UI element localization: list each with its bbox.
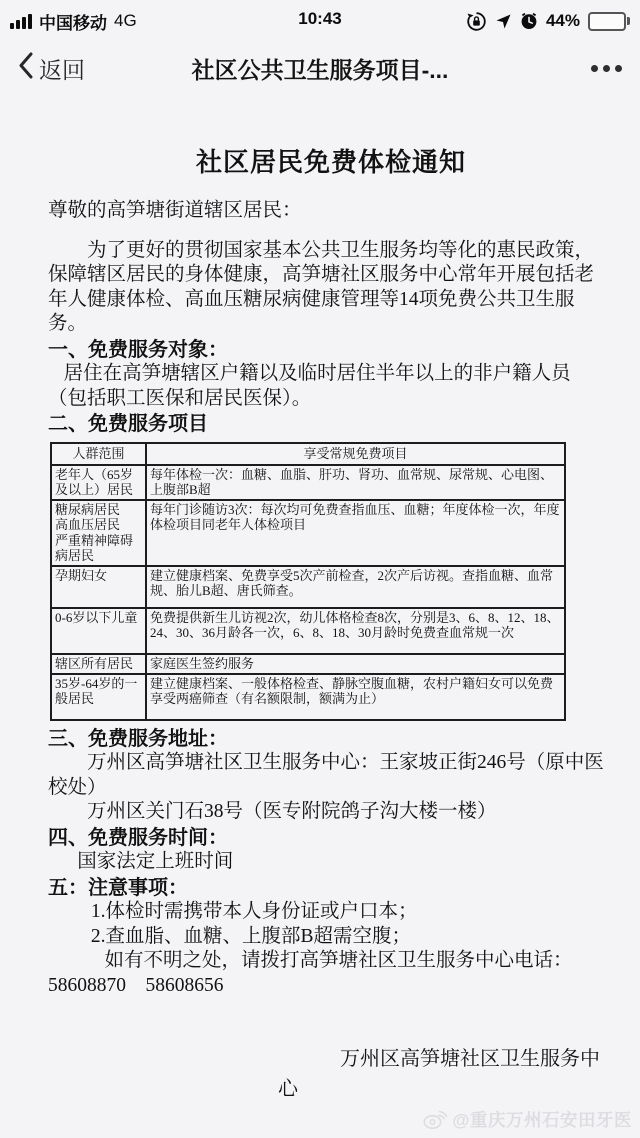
location-arrow-icon [495,13,512,30]
status-bar: 中国移动 4G 10:43 [0,0,640,36]
page-title: 社区公共卫生服务项目-... [0,52,640,85]
signature: 万州区高笋塘社区卫生服务中 心 [278,1044,614,1104]
address-line-2: 万州区关门石38号（医专附院鸽子沟大楼一楼） [48,800,614,825]
header-group: 人群范围 [51,443,146,465]
battery-percent-label: 44% [546,11,580,31]
header-items: 享受常规免费项目 [146,443,565,465]
items-cell: 家庭医生签约服务 [146,654,565,674]
table-row: 35岁-64岁的一般居民 建立健康档案、一般体格检查、静脉空腹血糖，农村户籍妇女… [51,674,565,720]
alarm-clock-icon [520,12,538,30]
orientation-lock-icon [466,11,487,32]
salutation: 尊敬的高笋塘街道辖区居民： [48,199,614,224]
table-row: 孕期妇女 建立健康档案、免费享受5次产前检查，2次产后访视。查指血糖、血常规、胎… [51,566,565,608]
phone-numbers: 58608870 58608656 [48,974,614,999]
section-4-body: 国家法定上班时间 [48,850,614,875]
signal-bars-icon [10,14,32,29]
table-row: 糖尿病居民 高血压居民 严重精神障碍病居民 每年门诊随访3次：每次均可免费查指血… [51,500,565,566]
notice-item-1: 1.体检时需携带本人身份证或户口本； [48,900,614,925]
chevron-left-icon [18,52,33,85]
table-row: 辖区所有居民 家庭医生签约服务 [51,654,565,674]
group-cell: 糖尿病居民 高血压居民 严重精神障碍病居民 [51,500,146,566]
group-cell: 辖区所有居民 [51,654,146,674]
table-row: 0-6岁以下儿童 免费提供新生儿访视2次，幼儿体格检查8次，分别是3、6、8、1… [51,608,565,654]
contact-note: 如有不明之处，请拨打高笋塘社区卫生服务中心电话： [48,949,614,974]
table-row: 老年人（65岁及以上）居民 每年体检一次：血糖、血脂、肝功、肾功、血常规、尿常规… [51,465,565,500]
network-label: 4G [114,11,137,31]
intro-paragraph: 为了更好的贯彻国家基本公共卫生服务均等化的惠民政策， 保障辖区居民的身体健康，高… [48,239,614,337]
group-cell: 孕期妇女 [51,566,146,608]
phone-screen: 中国移动 4G 10:43 [0,0,640,1138]
watermark: @重庆万州石安田牙医 [423,1107,632,1132]
section-5-heading: 五：注意事项： [48,876,614,901]
group-cell: 0-6岁以下儿童 [51,608,146,654]
document-title: 社区居民免费体检通知 [48,148,614,178]
nav-bar: 返回 社区公共卫生服务项目-... [0,36,640,100]
table-header-row: 人群范围 享受常规免费项目 [51,443,565,465]
address-line-1: 万州区高笋塘社区卫生服务中心：王家坡正街246号（原中医 校处） [48,751,614,800]
items-cell: 免费提供新生儿访视2次，幼儿体格检查8次，分别是3、6、8、12、18、24、3… [146,608,565,654]
notice-item-2: 2.查血脂、血糖、上腹部B超需空腹； [48,925,614,950]
watermark-handle: @重庆万州石安田牙医 [452,1107,632,1132]
items-cell: 每年门诊随访3次：每次均可免费查指血压、血糖；年度体检一次，年度体检项目同老年人… [146,500,565,566]
free-services-table: 人群范围 享受常规免费项目 老年人（65岁及以上）居民 每年体检一次：血糖、血脂… [50,442,566,721]
back-button[interactable]: 返回 [18,52,85,85]
items-cell: 建立健康档案、免费享受5次产前检查，2次产后访视。查指血糖、血常规、胎儿B超、唐… [146,566,565,608]
carrier-label: 中国移动 [39,9,107,34]
section-4-heading: 四、免费服务时间： [48,826,614,851]
items-cell: 每年体检一次：血糖、血脂、肝功、肾功、血常规、尿常规、心电图、上腹部B超 [146,465,565,500]
more-button[interactable] [591,57,622,80]
battery-icon [588,12,630,31]
group-cell: 老年人（65岁及以上）居民 [51,465,146,500]
group-cell: 35岁-64岁的一般居民 [51,674,146,720]
section-3-heading: 三、免费服务地址： [48,727,614,752]
section-2-heading: 二、免费服务项目 [48,412,614,437]
section-1-heading: 一、免费服务对象： [48,338,614,363]
section-1-body: 居住在高笋塘辖区户籍以及临时居住半年以上的非户籍人员 （包括职工医保和居民医保）… [48,362,614,411]
items-cell: 建立健康档案、一般体格检查、静脉空腹血糖，农村户籍妇女可以免费享受两癌筛查（有名… [146,674,565,720]
weibo-icon [423,1109,447,1130]
document-page: 社区居民免费体检通知 尊敬的高笋塘街道辖区居民： 为了更好的贯彻国家基本公共卫生… [0,100,640,1104]
back-label: 返回 [39,52,85,85]
more-ellipsis-icon [591,65,598,72]
